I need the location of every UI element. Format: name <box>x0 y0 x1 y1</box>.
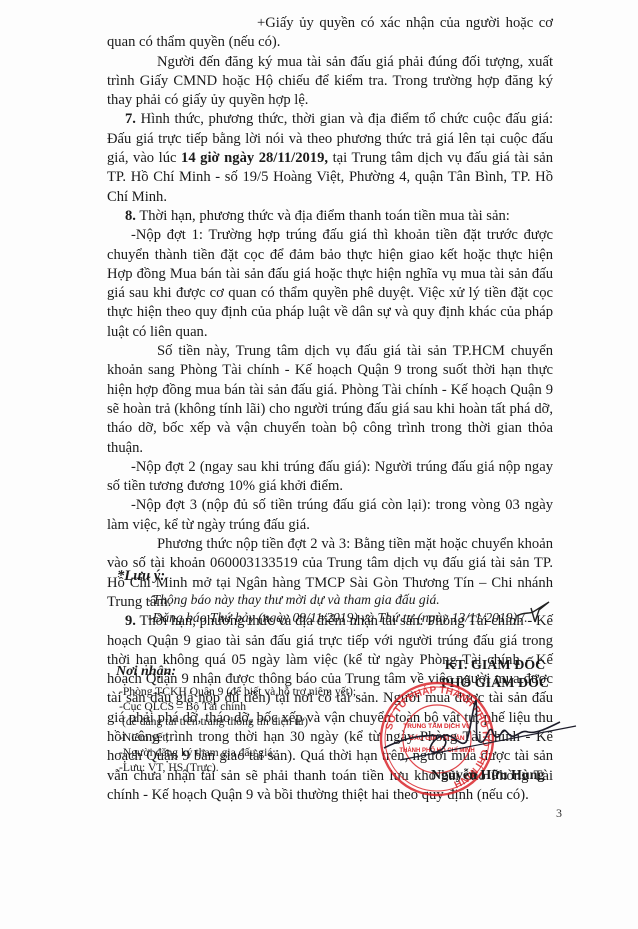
note-title: *Lưu ý: <box>117 568 165 585</box>
recipient-item: -Lưu: VT, HS (Trực). <box>119 760 356 775</box>
section-7-datetime: 14 giờ ngày 28/11/2019, <box>181 150 328 166</box>
recipient-item: -Phòng TCKH Quận 9 (để biết và hỗ trợ ni… <box>119 684 356 699</box>
note-item: -Đăng báo Thứ bảy (ngày 09/11/2019) và T… <box>148 609 528 627</box>
page-number: 3 <box>556 806 562 821</box>
section-8-number: 8. <box>125 208 136 224</box>
handwritten-signature-icon <box>380 690 580 770</box>
document-page: +Giấy ủy quyền có xác nhận của người hoặ… <box>0 0 638 929</box>
signer-name: Nguyễn Hữu Hùng <box>431 768 544 784</box>
signature-line-1: KT. GIÁM ĐỐC <box>420 657 570 675</box>
paragraph-payment-1: -Nộp đợt 1: Trường hợp trúng đấu giá thì… <box>107 226 553 342</box>
note-list: -Thông báo này thay thư mời dự và tham g… <box>148 591 528 627</box>
section-8-heading: Thời hạn, phương thức và địa điểm thanh … <box>139 208 509 224</box>
initial-mark-icon <box>515 598 555 626</box>
recipients-title: Nơi nhận: <box>116 664 176 680</box>
paragraph-transfer: Số tiền này, Trung tâm dịch vụ đấu giá t… <box>107 342 553 458</box>
recipient-item: -Niêm yết; <box>119 730 356 745</box>
paragraph-payment-2: -Nộp đợt 2 (ngay sau khi trúng đấu giá):… <box>107 458 553 497</box>
recipient-item: -Người đăng ký tham gia đấu giá; <box>119 745 356 760</box>
paragraph-section-8: 8. Thời hạn, phương thức và địa điểm tha… <box>107 207 553 226</box>
section-7-number: 7. <box>125 111 136 127</box>
paragraph-section-7: 7. Hình thức, phương thức, thời gian và … <box>107 110 553 206</box>
paragraph-authorization: +Giấy ủy quyền có xác nhận của người hoặ… <box>107 14 553 53</box>
recipient-item: (để đăng tải trên trang thông tin điện t… <box>119 714 356 729</box>
note-item: -Thông báo này thay thư mời dự và tham g… <box>148 591 528 609</box>
section-9-number: 9. <box>125 613 136 629</box>
recipients-list: -Phòng TCKH Quận 9 (để biết và hỗ trợ ni… <box>119 684 356 775</box>
recipient-item: -Cục QLCS – Bộ Tài chính <box>119 699 356 714</box>
paragraph-registration: Người đến đăng ký mua tài sản đấu giá ph… <box>107 53 553 111</box>
paragraph-payment-3: -Nộp đợt 3 (nộp đủ số tiền trúng đấu giá… <box>107 496 553 535</box>
